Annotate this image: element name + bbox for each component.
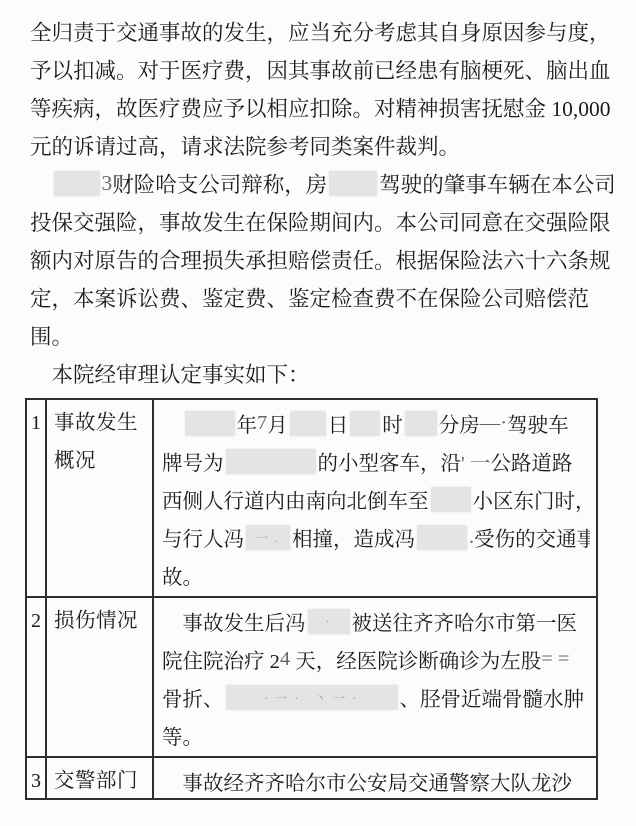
paragraph-court-findings-intro: 本院经审理认定事实如下： <box>30 354 613 392</box>
text-line: 西侧人行道内由南向北倒车至小区东门时， <box>162 480 590 518</box>
text-run: 本院经审理认定事实如下： <box>30 358 310 389</box>
text-run <box>30 168 52 199</box>
text-run: 西侧人行道内由南向北倒车至 <box>162 484 429 514</box>
text-line: 故。 <box>162 556 590 594</box>
partial-character-fragment: ' 一 <box>461 446 490 476</box>
text-line: 事故发生后冯·被送往齐齐哈尔市第一医 <box>162 602 590 640</box>
row-fact-text: 年7月日时分房—·驾驶车牌号为的小型客车，沿' 一公路道路西侧人行道内由南向北倒… <box>154 400 596 596</box>
text-run: 全归责于交通事故的发生，应当充分考虑其自身原因参与度， <box>30 16 611 47</box>
text-run: 围。 <box>30 320 73 351</box>
text-run: 驾驶的肇事车辆在本公司 <box>379 168 613 199</box>
judgment-body-text: 全归责于交通事故的发生，应当充分考虑其自身原因参与度，予以扣减。对于医疗费，因其… <box>30 12 613 392</box>
scanned-judgment-page: 全归责于交通事故的发生，应当充分考虑其自身原因参与度，予以扣减。对于医疗费，因其… <box>0 0 636 826</box>
text-line: 与行人冯一 .相撞，造成冯.受伤的交通事 <box>162 518 590 556</box>
row-category-label: 交警部门 <box>47 758 154 798</box>
text-run: 公路道路 <box>490 446 572 476</box>
text-run: 的小型客车，沿 <box>318 446 462 476</box>
partial-character-fragment: = = <box>541 648 569 671</box>
text-run: 相撞，造成冯 <box>292 522 415 552</box>
redaction-box: · 一 · 丶 一 · <box>226 685 398 710</box>
row-category-label: 损伤情况 <box>47 598 154 756</box>
text-run: 定，本案诉讼费、鉴定费、鉴定检查费不在保险公司赔偿范 <box>30 282 589 313</box>
text-run: 等疾病，故医疗费应予以相应扣除。对精神损害抚慰金 10,000 <box>30 92 611 123</box>
text-run: 院住院治疗 2 <box>162 644 280 674</box>
text-run: 年 <box>237 408 258 438</box>
text-run: 等。 <box>162 720 203 750</box>
text-run: 财险哈支公司辩称，房 <box>112 168 327 199</box>
text-run: 月 <box>267 408 288 438</box>
text-run: 元的诉请过高，请求法院参考同类案件裁判。 <box>30 130 460 161</box>
text-run: 额内对原告的合理损失承担赔偿责任。根据保险法六十六条规 <box>30 244 611 275</box>
redaction-box <box>431 487 471 512</box>
row-fact-text: 事故经齐齐哈尔市公安局交通警察大队龙沙 <box>154 758 596 798</box>
redaction-box <box>329 171 377 196</box>
text-run: 投保交强险，事故发生在保险期间内。本公司同意在交强险限 <box>30 206 611 237</box>
text-line: 全归责于交通事故的发生，应当充分考虑其自身原因参与度， <box>30 12 613 50</box>
text-run: 骨折、 <box>162 682 224 712</box>
text-run: 日 <box>328 408 349 438</box>
redaction-box <box>54 171 100 196</box>
text-run: 予以扣减。对于医疗费，因其事故前已经患有脑梗死、脑出血 <box>30 54 611 85</box>
text-line: 本院经审理认定事实如下： <box>30 354 613 392</box>
text-line: 3财险哈支公司辩称，房驾驶的肇事车辆在本公司 <box>30 164 613 202</box>
text-run: 小区东门时， <box>473 484 591 514</box>
row-category-label: 事故发生概况 <box>47 400 154 596</box>
text-line: 事故经齐齐哈尔市公安局交通警察大队龙沙 <box>162 762 590 798</box>
text-run: 天，经医院诊断确诊为左股 <box>290 644 541 674</box>
redaction-box: 一 . <box>246 525 290 550</box>
paragraph-insurer-defense: 3财险哈支公司辩称，房驾驶的肇事车辆在本公司投保交强险，事故发生在保险期间内。本… <box>30 164 613 354</box>
text-run: 牌号为 <box>162 446 224 476</box>
text-run: 、胫骨近端骨髓水肿 <box>400 682 585 712</box>
text-line: 投保交强险，事故发生在保险期间内。本公司同意在交强险限 <box>30 202 613 240</box>
redaction-box: · <box>308 609 350 634</box>
redaction-box <box>417 525 467 550</box>
redaction-box <box>405 411 437 436</box>
text-line: 元的诉请过高，请求法院参考同类案件裁判。 <box>30 126 613 164</box>
paragraph-defense-damages: 全归责于交通事故的发生，应当充分考虑其自身原因参与度，予以扣减。对于医疗费，因其… <box>30 12 613 164</box>
fact-findings-table: 1事故发生概况 年7月日时分房—·驾驶车牌号为的小型客车，沿' 一公路道路西侧人… <box>25 398 598 800</box>
text-line: 额内对原告的合理损失承担赔偿责任。根据保险法六十六条规 <box>30 240 613 278</box>
text-line: 等疾病，故医疗费应予以相应扣除。对精神损害抚慰金 10,000 <box>30 88 613 126</box>
redaction-box <box>226 449 316 474</box>
text-run <box>162 408 183 438</box>
text-line: 骨折、· 一 · 丶 一 ·、胫骨近端骨髓水肿 <box>162 678 590 716</box>
fact-table-row-1: 1事故发生概况 年7月日时分房—·驾驶车牌号为的小型客车，沿' 一公路道路西侧人… <box>27 400 596 598</box>
text-line: 围。 <box>30 316 613 354</box>
text-run: 与行人冯 <box>162 522 244 552</box>
partial-character-fragment: . <box>469 526 474 549</box>
partial-character-fragment: 7 <box>257 412 267 435</box>
row-number: 1 <box>27 400 47 596</box>
text-run: 故。 <box>162 560 203 590</box>
text-run: 驾驶车 <box>507 408 569 438</box>
row-number: 2 <box>27 598 47 756</box>
text-run: 事故经齐齐哈尔市公安局交通警察大队龙沙 <box>162 766 572 796</box>
partial-character-fragment: 4 <box>280 648 290 671</box>
text-run: 时 <box>382 408 403 438</box>
text-run: 受伤的交通事 <box>474 522 590 552</box>
text-line: 等。 <box>162 716 590 754</box>
partial-character-fragment: —· <box>480 412 507 435</box>
text-line: 院住院治疗 24 天，经医院诊断确诊为左股= = <box>162 640 590 678</box>
text-line: 牌号为的小型客车，沿' 一公路道路 <box>162 442 590 480</box>
redaction-box <box>185 411 235 436</box>
row-number: 3 <box>27 758 47 798</box>
fact-table-row-2: 2损伤情况 事故发生后冯·被送往齐齐哈尔市第一医院住院治疗 24 天，经医院诊断… <box>27 598 596 758</box>
row-fact-text: 事故发生后冯·被送往齐齐哈尔市第一医院住院治疗 24 天，经医院诊断确诊为左股=… <box>154 598 596 756</box>
redaction-box <box>290 411 326 436</box>
text-line: 定，本案诉讼费、鉴定费、鉴定检查费不在保险公司赔偿范 <box>30 278 613 316</box>
redaction-box <box>350 411 380 436</box>
text-line: 予以扣减。对于医疗费，因其事故前已经患有脑梗死、脑出血 <box>30 50 613 88</box>
text-line: 年7月日时分房—·驾驶车 <box>162 404 590 442</box>
partial-character-fragment: 3 <box>102 171 113 196</box>
text-run: 被送往齐齐哈尔市第一医 <box>352 606 578 636</box>
fact-table-row-3: 3交警部门 事故经齐齐哈尔市公安局交通警察大队龙沙 <box>27 758 596 800</box>
text-run: 分房 <box>439 408 480 438</box>
text-run: 事故发生后冯 <box>162 606 306 636</box>
